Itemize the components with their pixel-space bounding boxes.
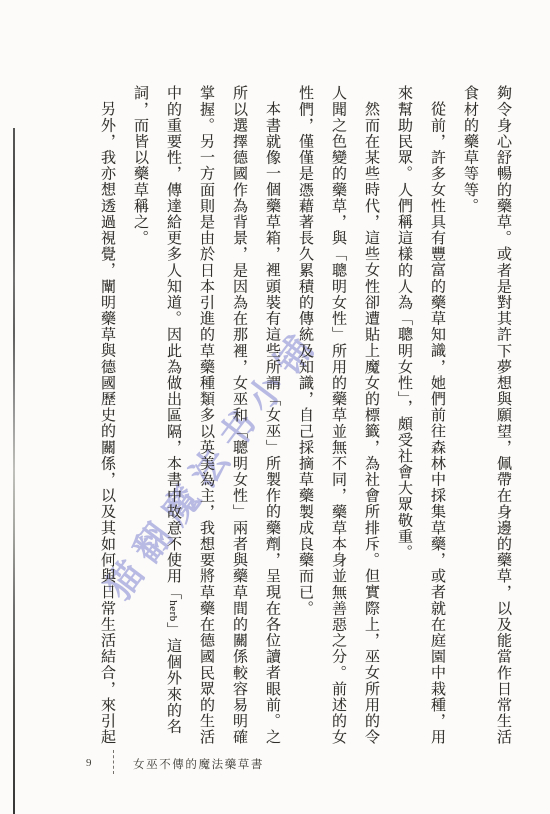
text-column: 然而在某些時代，這些女性卻遭貼上魔女的標籤，為社會所排斥。但實際上，巫女所用的令 [363,85,378,747]
text-column: 中的重要性，傳達給更多人知道。因此為做出區隔，本書中故意不使用「herb」這個外… [165,85,180,747]
text-column: 食材的藥草等等。 [462,85,477,747]
text-column: 詞，而皆以藥草稱之。 [132,85,147,747]
text-column: 本書就像一個藥草箱，裡頭裝有這些所謂「女巫」所製作的藥劑，呈現在各位讀者眼前。之 [264,85,279,747]
text-column: 夠令身心舒暢的藥草。或者是對其許下夢想與願望，佩帶在身邊的藥草，以及能當作日常生… [495,85,510,747]
footer-book-title: 女巫不傳的魔法藥草書 [133,756,264,772]
text-column: 掌握。另一方面則是由於日本引進的草藥種類多以英美為主，我想要將草藥在德國民眾的生… [198,85,213,747]
text-column: 來幫助民眾。人們稱這樣的人為「聰明女性」，頗受社會大眾敬重。 [396,85,411,747]
text-column: 從前，許多女性具有豐富的藥草知識，她們前往森林中採集草藥，或者就在庭園中栽種，用 [429,85,444,747]
text-column: 所以選擇德國作為背景，是因為在那裡，女巫和「聰明女性」兩者與藥草間的關係較容易明… [231,85,246,747]
text-column: 人聞之色變的藥草，與「聰明女性」所用的藥草並無不同，藥草本身並無善惡之分。前述的… [330,85,345,747]
text-column: 性們，僅僅是憑藉著長久累積的傳統及知識，自己採摘草藥製成良藥而已。 [297,85,312,747]
page-number: 9 [86,757,92,769]
scan-binding-line [13,128,15,814]
footer-divider [113,750,114,774]
vertical-text-block: 夠令身心舒暢的藥草。或者是對其許下夢想與願望，佩帶在身邊的藥草，以及能當作日常生… [99,85,510,749]
book-page: 猫翻魔法书小铺 夠令身心舒暢的藥草。或者是對其許下夢想與願望，佩帶在身邊的藥草，… [0,0,550,814]
text-column: 另外，我亦想透過視覺，闡明藥草與德國歷史的關係，以及其如何與日常生活結合，來引起 [99,85,114,747]
